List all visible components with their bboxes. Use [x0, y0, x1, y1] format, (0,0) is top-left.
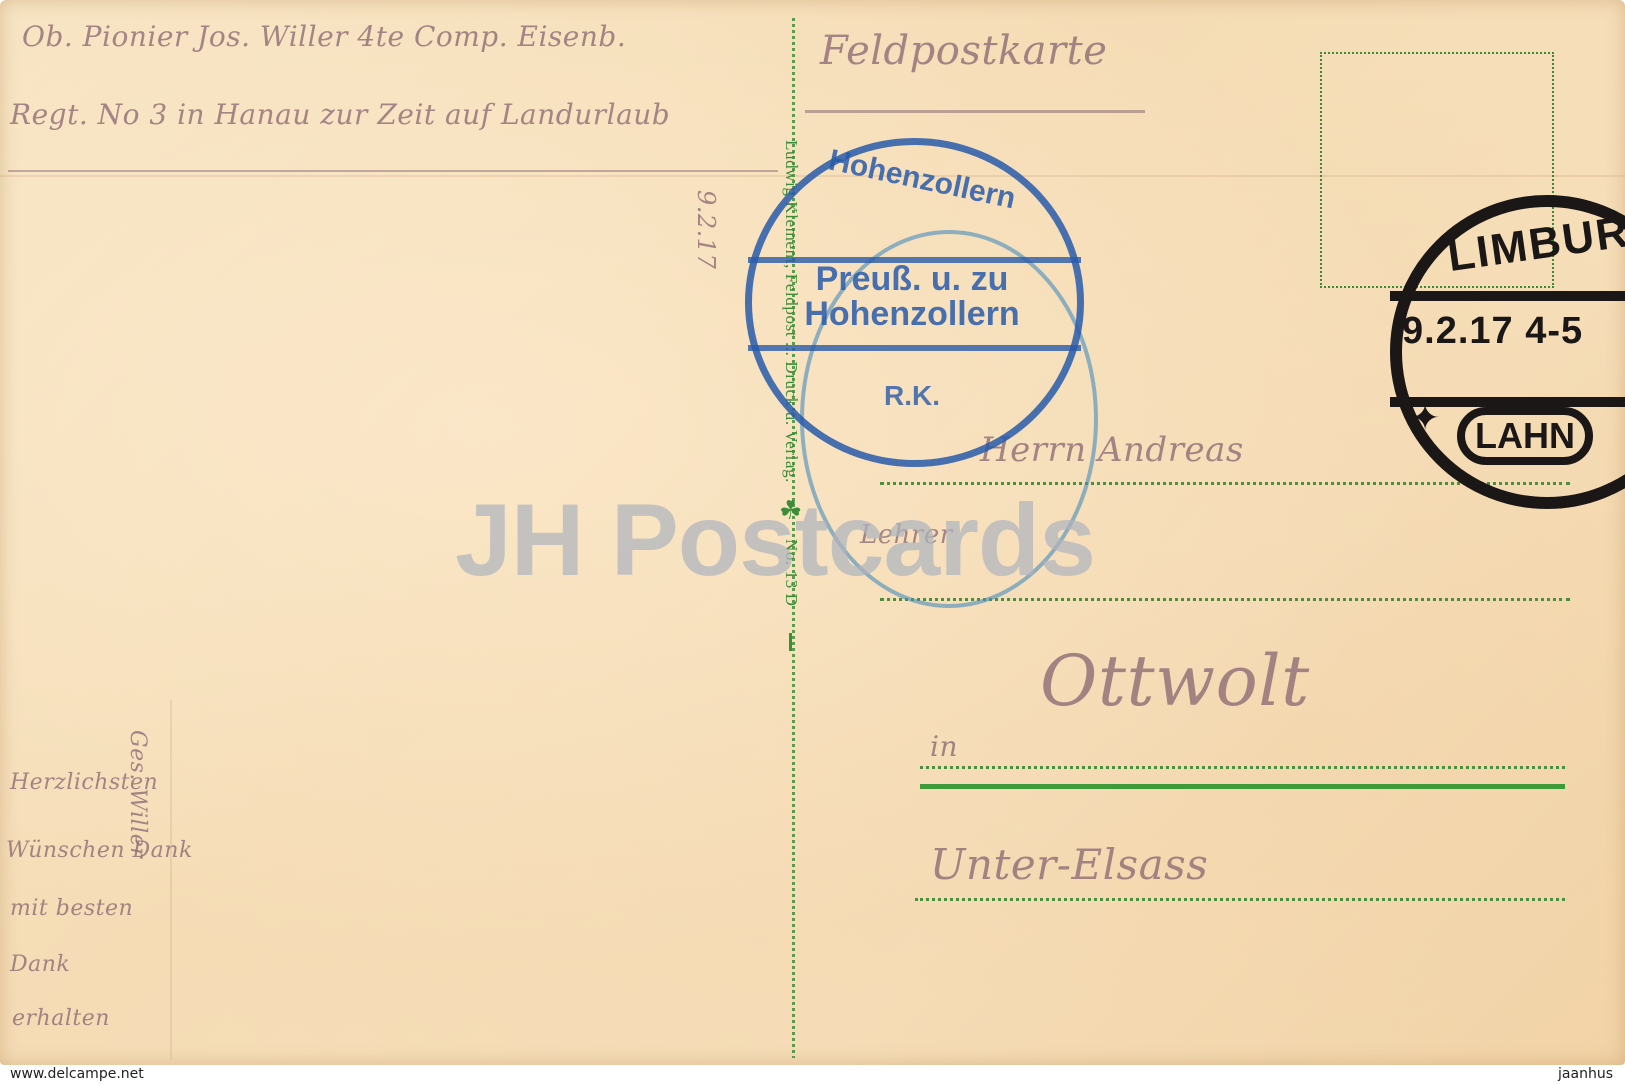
header-underline [8, 170, 778, 172]
sender-header-line-2: Regt. No 3 in Hanau zur Zeit auf Landurl… [10, 98, 670, 131]
stamp-middle-text-2: Hohenzollern [792, 295, 1032, 334]
margin-note-5: Dank [10, 952, 70, 977]
blue-regimental-stamp: Hohenzollern Preuß. u. zu Hohenzollern R… [745, 138, 1084, 467]
site-credit: www.delcampe.net [10, 1066, 144, 1082]
sender-header-line-1: Ob. Pionier Jos. Willer 4te Comp. Eisenb… [22, 20, 626, 53]
margin-note-2: Herzlichsten [10, 770, 158, 795]
image-footer: www.delcampe.net jaanhus [0, 1065, 1625, 1085]
address-line [920, 766, 1565, 769]
stamp-bottom-text: R.K. [852, 380, 972, 412]
postmark-city: LIMBURG [1445, 202, 1625, 282]
margin-note-4: mit besten [10, 896, 133, 921]
stamp-middle-text-1: Preuß. u. zu [792, 260, 1032, 299]
recipient-prefix: in [930, 730, 958, 763]
postmark-region: LAHN [1457, 407, 1593, 465]
watermark: JH Postcards [455, 482, 1095, 599]
recipient-region: Unter-Elsass [930, 840, 1208, 889]
star-icon: ✦ [1410, 397, 1440, 439]
address-line-solid [920, 784, 1565, 789]
postcard-back: Ob. Pionier Jos. Willer 4te Comp. Eisenb… [0, 0, 1625, 1065]
address-line [915, 898, 1565, 901]
message-date: 9.2.17 [692, 190, 720, 269]
service-note-underline [805, 110, 1145, 113]
service-note: Feldpostkarte [820, 28, 1107, 74]
postmark-date: 9.2.17 4-5 [1402, 310, 1583, 353]
publisher-rule [790, 633, 793, 651]
margin-note-6: erhalten [12, 1006, 110, 1031]
stamp-top-text: Hohenzollern [821, 143, 1024, 218]
seller-credit: jaanhus [1558, 1066, 1613, 1082]
margin-note-3: Wünschen Dank [6, 838, 193, 863]
recipient-place: Ottwolt [1040, 640, 1310, 722]
paper-crease [170, 700, 172, 1060]
